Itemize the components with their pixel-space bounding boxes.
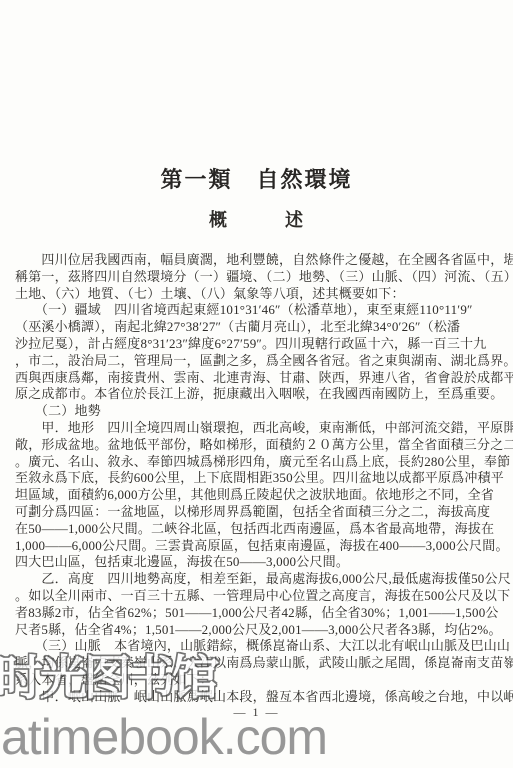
body-line: 。廣元、名山、敘永、奉節四城爲梯形四角，廣元至名山爲上底，長約280公里，奉節	[15, 454, 499, 471]
body-line: 尺者5縣，佔全省4%；1,501——2,000公尺及2,001——3,000公尺…	[15, 622, 499, 639]
body-line: 敞，形成盆地。盆地低平部份，略如梯形，面積約２０萬方公里，當全省面積三分之二	[15, 437, 499, 454]
watermark-site-url: atimebook.com	[1, 712, 327, 762]
body-line: 土地、（六）地質、（七）土壤、（八）氣象等八項，述其概要如下：	[15, 286, 499, 303]
chapter-title: 第一類 自然環境	[0, 163, 513, 194]
body-line: 西與西康爲鄰，南接貴州、雲南、北連靑海、甘肅、陝西，界連八省，省會設於成都平	[15, 370, 499, 387]
body-line: （二）地勢	[15, 403, 499, 420]
body-line: 稱第一，茲將四川自然環境分（一）疆境、（二）地勢、（三）山脈、（四）河流、（五）	[15, 269, 499, 286]
body-line: 1,000——6,000公尺間。三雲貴高原區，包括東南邊區，海拔在400——3,…	[15, 538, 499, 555]
section-subtitle: 概 述	[0, 206, 513, 232]
body-line: 者83縣2市，佔全省62%；501——1,000公尺者42縣，佔全省30%；1,…	[15, 605, 499, 622]
scanned-book-page: 第一類 自然環境 概 述 四川位居我國西南，幅員廣濶，地利豐饒，自然條件之優越，…	[0, 0, 513, 768]
body-line: 可劃分爲四區：一盆地區，以梯形周界爲範圍，包括全省面積三分之二，海拔高度	[15, 504, 499, 521]
body-line: 。如以全川兩市、一百三十五縣、一管理局中心位置之高度言，海拔在500公尺及以下	[15, 588, 499, 605]
body-line: 沙拉尼戛），計占經度8°31′23″緯度6°27′59″。四川現轄行政區十六，縣…	[15, 336, 499, 353]
body-line: 坦區域，面積約6,000方公里，其他則爲丘陵起伏之波狀地面。依地形之不同，全省	[15, 487, 499, 504]
body-line: 乙．高度 四川地勢高度，相差至鉅，最高處海拔6,000公尺,最低處海拔僅50公尺	[15, 571, 499, 588]
body-line: ，市二，設治局二，管理局一，區劃之多，爲全國各省冠。省之東與湖南、湖北爲界。	[15, 353, 499, 370]
body-line: 甲．地形 四川全境四周山嶺環抱，西北高峻，東南漸低，中部河流交錯，平原開	[15, 420, 499, 437]
watermark-cjk-library-stamp: 时光图书馆	[0, 656, 216, 703]
body-line: （一）疆域 四川省境西起東經101°31′46″（松潘草地），東至東經110°1…	[15, 302, 499, 319]
body-text: 四川位居我國西南，幅員廣濶，地利豐饒，自然條件之優越，在全國各省區中，堪 稱第一…	[15, 252, 499, 706]
body-line: （巫溪小橋譚），南起北緯27°38′27″（古藺月亮山），北至北緯34°0′26…	[15, 319, 499, 336]
body-line: 至敘永爲下底，長約600公里，上下底間相距350公里。四川盆地以成都平原爲冲積平	[15, 470, 499, 487]
body-line: 四大巴山區，包括東北邊區，海拔在50——3,000公尺間。	[15, 554, 499, 571]
body-line: 原之成都市。本省位於長江上游，扼康藏出入咽喉，在我國西南國防上，至爲重要。	[15, 386, 499, 403]
body-line: 在50——1,000公尺間。二峽谷北區，包括西北西南邊區，爲本省最高地帶，海拔在	[15, 521, 499, 538]
body-line: 四川位居我國西南，幅員廣濶，地利豐饒，自然條件之優越，在全國各省區中，堪	[15, 252, 499, 269]
